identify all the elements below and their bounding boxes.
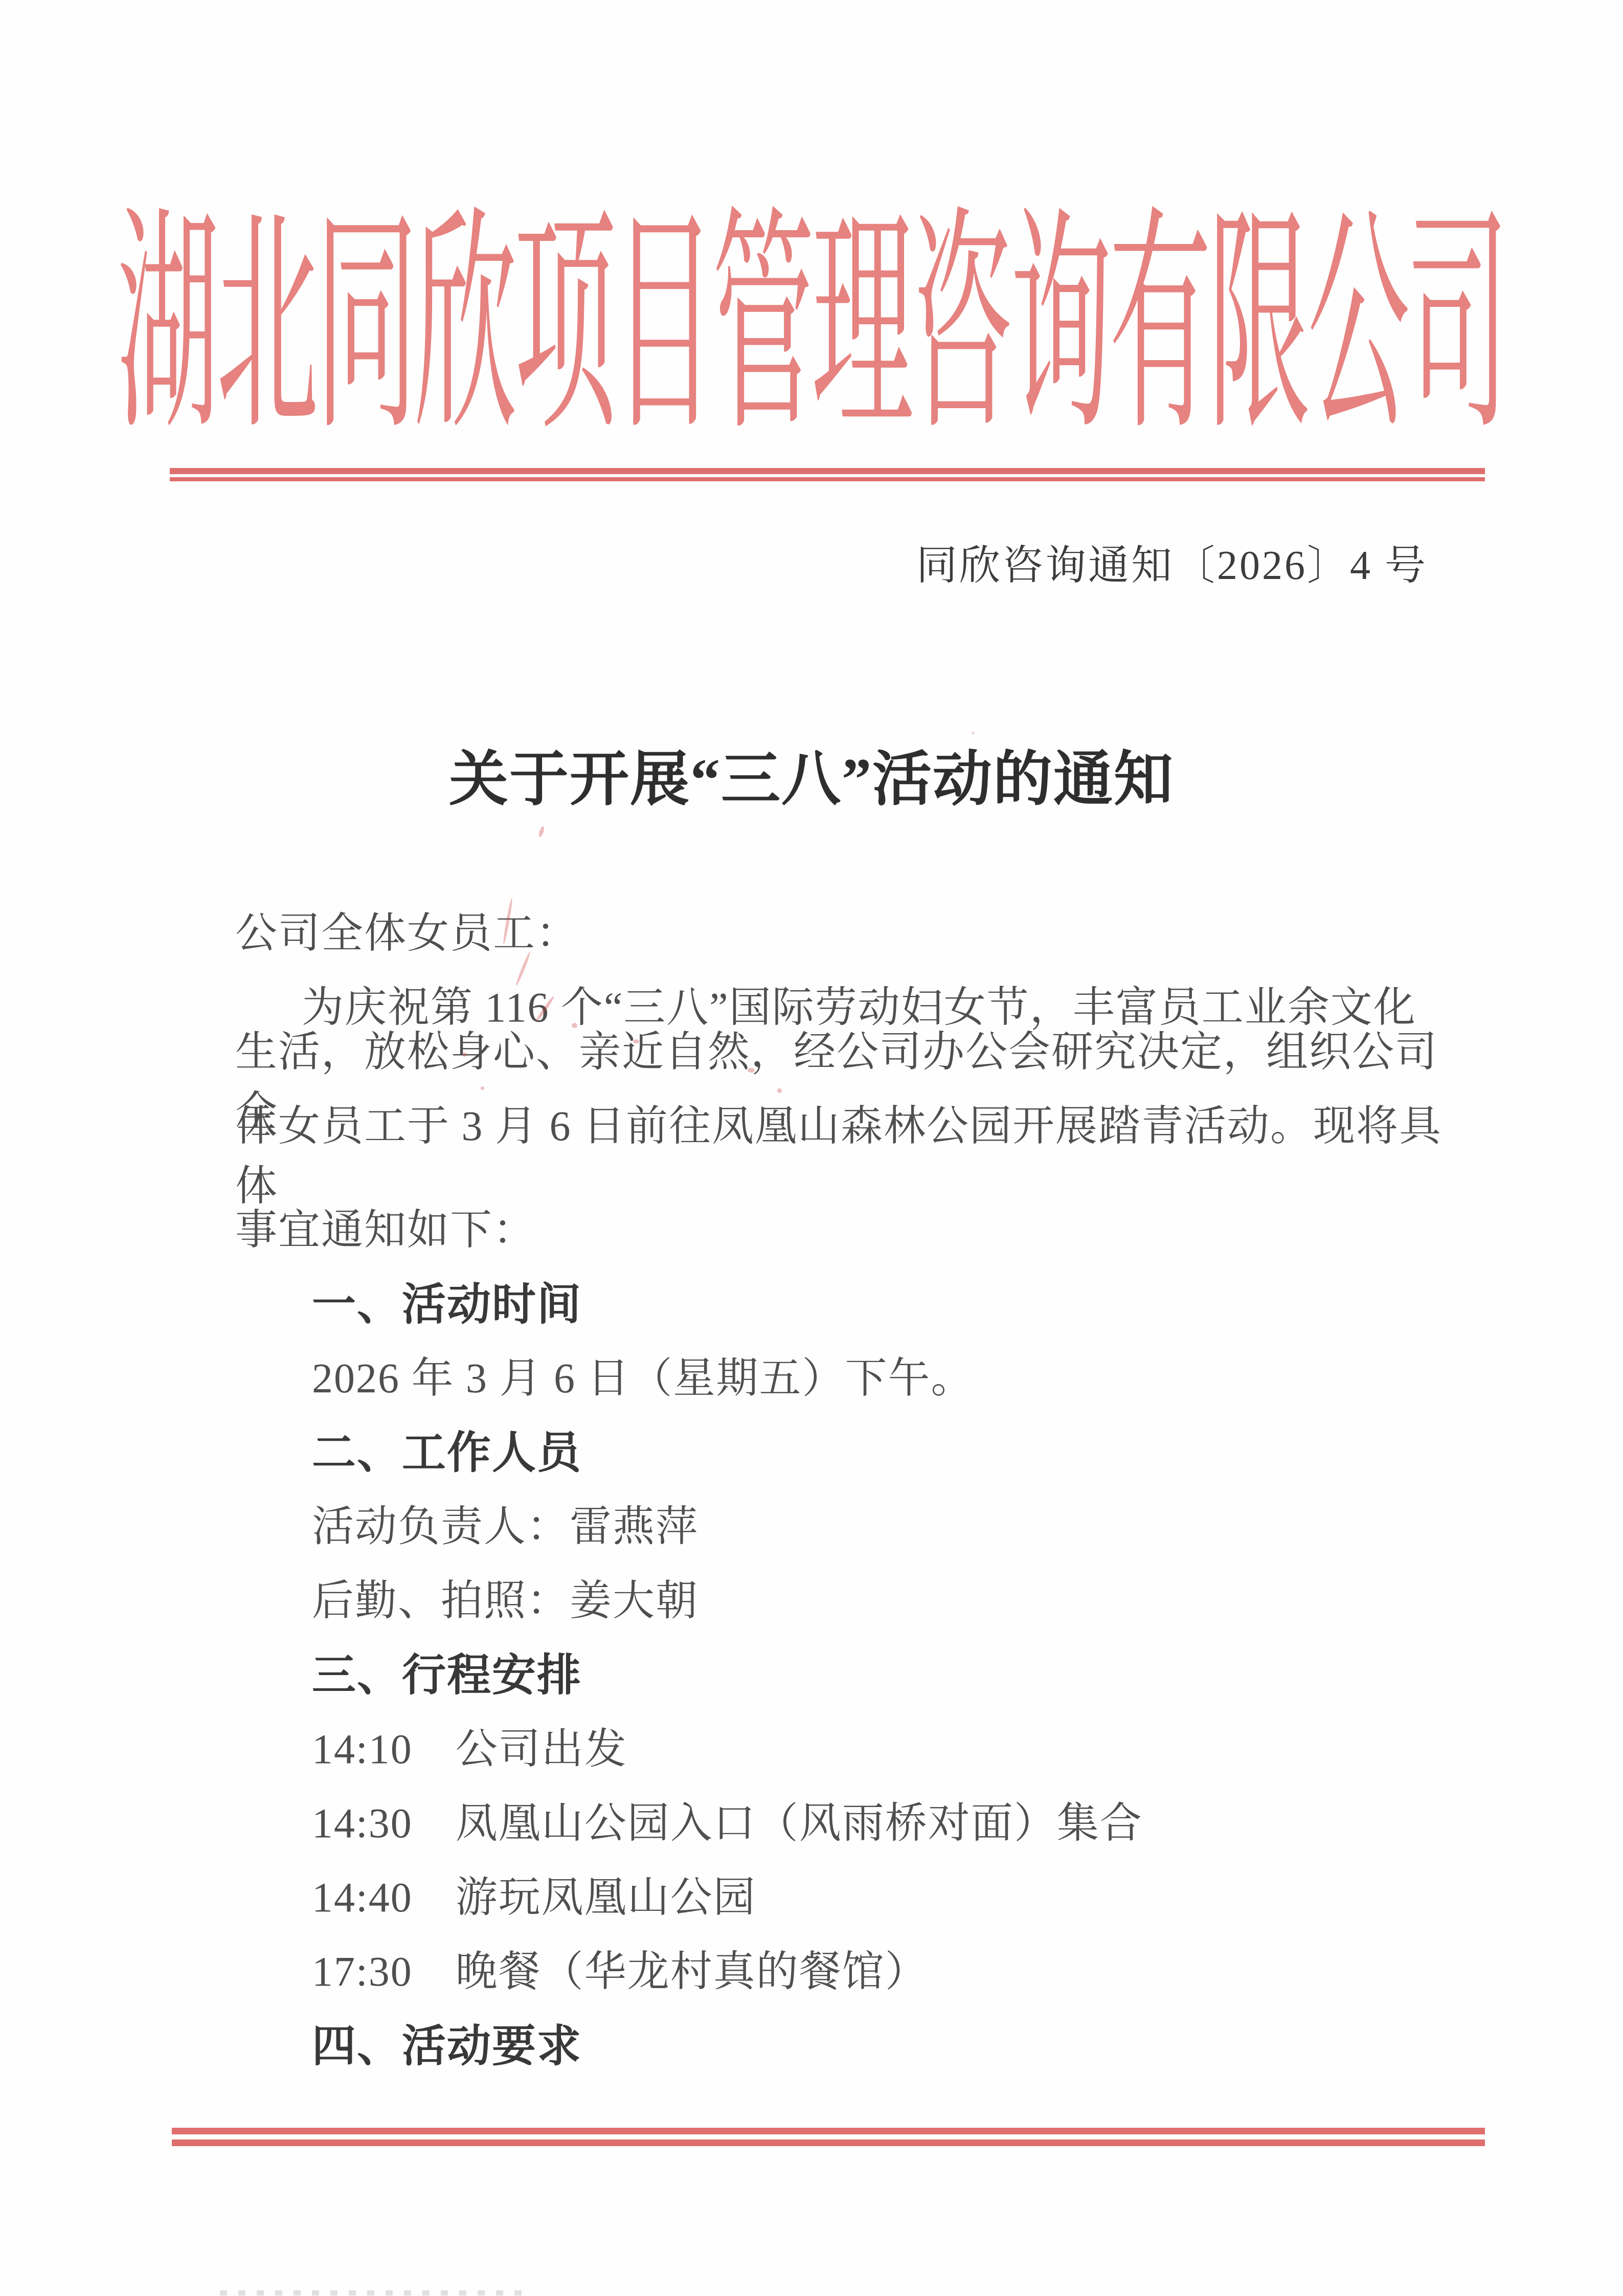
- letterhead-rule-top-thin: [170, 477, 1485, 481]
- red-stamp-artifact: [972, 731, 975, 734]
- footer-rule-top: [172, 2128, 1485, 2134]
- red-stamp-artifact: [777, 1088, 782, 1093]
- notice-body: 公司全体女员工： 为庆祝第 116 个“三八”国际劳动妇女节，丰富员工业余文化 …: [235, 893, 1468, 2079]
- company-name: 湖北同欣项目管理咨询有限公司: [117, 209, 1506, 447]
- letterhead: 湖北同欣项目管理咨询有限公司: [0, 209, 1623, 311]
- red-stamp-artifact: [572, 1023, 577, 1028]
- paragraph-line: 体女员工于 3 月 6 日前往凤凰山森林公园开展踏青活动。现将具体: [235, 1115, 1468, 1189]
- section-heading-requirements: 四、活动要求: [312, 2005, 1468, 2079]
- letterhead-rule-top-thick: [170, 468, 1485, 474]
- itinerary-item: 14:30 凤凰山公园入口（风雨桥对面）集合: [312, 1782, 1468, 1857]
- activity-time-value: 2026 年 3 月 6 日（星期五）下午。: [312, 1338, 1468, 1412]
- footer-rule-bottom: [172, 2139, 1485, 2146]
- staff-organizer: 活动负责人：雷燕萍: [312, 1486, 1468, 1560]
- red-stamp-artifact: [463, 1053, 467, 1057]
- section-heading-activity-time: 一、活动时间: [312, 1263, 1468, 1338]
- itinerary-item: 14:10 公司出发: [312, 1708, 1468, 1782]
- section-heading-staff: 二、工作人员: [312, 1412, 1468, 1486]
- doc-number: 同欣咨询通知〔2026〕4 号: [916, 532, 1428, 591]
- cutoff-text-artifact: [220, 2290, 533, 2295]
- red-stamp-artifact: [538, 826, 545, 837]
- scanned-notice-page: 湖北同欣项目管理咨询有限公司 同欣咨询通知〔2026〕4 号 关于开展“三八”活…: [0, 0, 1623, 2296]
- itinerary-item: 17:30 晚餐（华龙村真的餐馆）: [312, 1931, 1468, 2005]
- red-stamp-artifact: [481, 1086, 484, 1090]
- page-title: 关于开展“三八”活动的通知: [0, 748, 1623, 813]
- salutation: 公司全体女员工：: [235, 893, 1468, 967]
- section-heading-itinerary: 三、行程安排: [312, 1634, 1468, 1708]
- itinerary-item: 14:40 游玩凤凰山公园: [312, 1857, 1468, 1931]
- staff-logistics: 后勤、拍照：姜大朝: [312, 1560, 1468, 1634]
- red-stamp-artifact: [633, 1039, 639, 1043]
- red-stamp-artifact: [748, 1068, 755, 1073]
